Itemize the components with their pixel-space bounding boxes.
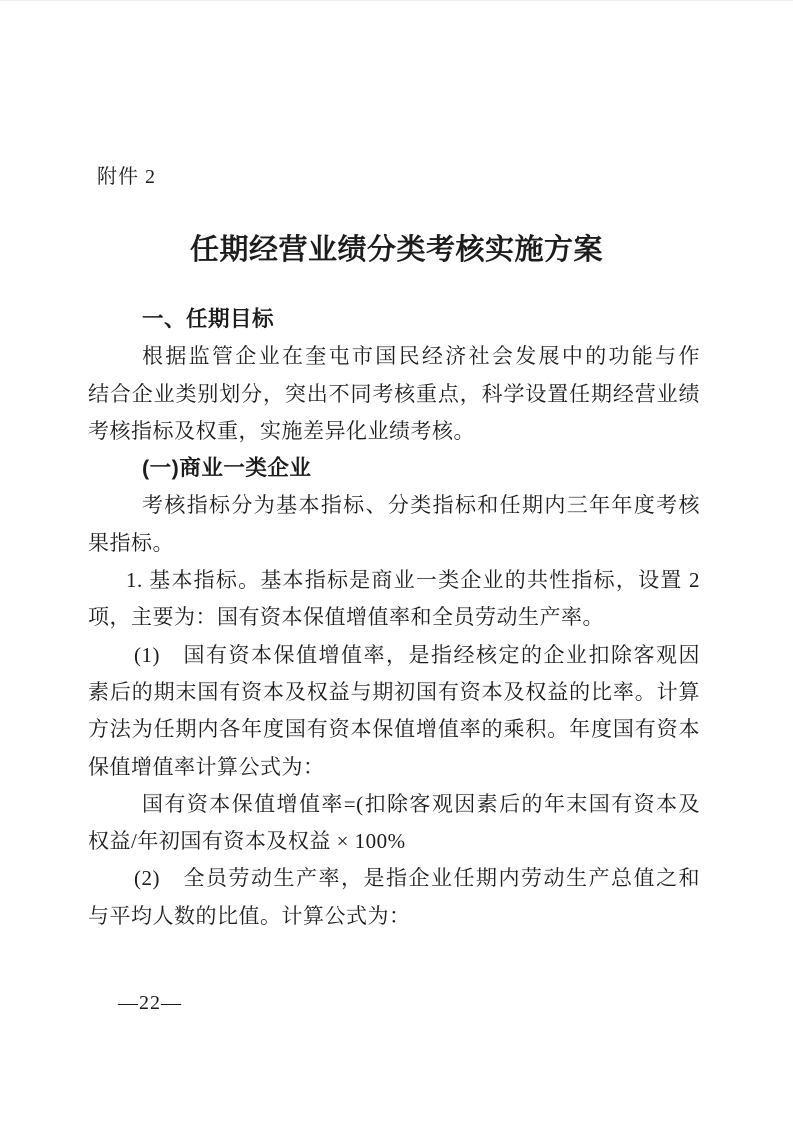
document-page: 附件 2 任期经营业绩分类考核实施方案 一、任期目标根据监管企业在奎屯市国民经济… [0, 0, 793, 1123]
text-line: (一)商业一类企业 [88, 450, 700, 487]
section-heading-term-goals: 一、任期目标 [88, 301, 700, 338]
text-line: 1. 基本指标。基本指标是商业一类企业的共性指标，设置 2 [88, 562, 700, 599]
text-line: 结合企业类别划分，突出不同考核重点，科学设置任期经营业绩 [88, 376, 700, 413]
page-number: —22— [118, 991, 182, 1015]
text-line: 权益/年初国有资本及权益 × 100% [88, 823, 700, 860]
paragraph-intro: 根据监管企业在奎屯市国民经济社会发展中的功能与作用，结合企业类别划分，突出不同考… [88, 338, 700, 450]
paragraph-formula-capital-preservation: 国有资本保值增值率=(扣除客观因素后的年末国有资本及权益/年初国有资本及权益 ×… [88, 786, 700, 861]
subsection-heading-commercial-class-one: (一)商业一类企业 [88, 450, 700, 487]
annex-label: 附件 2 [97, 165, 156, 189]
text-line: 与平均人数的比值。计算公式为： [88, 898, 700, 935]
document-body: 一、任期目标根据监管企业在奎屯市国民经济社会发展中的功能与作用，结合企业类别划分… [88, 301, 700, 935]
text-line: 保值增值率计算公式为： [88, 749, 700, 786]
text-line: (1) 国有资本保值增值率，是指经核定的企业扣除客观因 [88, 637, 700, 674]
text-line: 项，主要为：国有资本保值增值率和全员劳动生产率。 [88, 599, 700, 636]
paragraph-basic-indicators: 1. 基本指标。基本指标是商业一类企业的共性指标，设置 2项，主要为：国有资本保… [88, 562, 700, 637]
text-line: 一、任期目标 [88, 301, 700, 338]
text-line: 考核指标分为基本指标、分类指标和任期内三年年度考核结 [88, 487, 700, 524]
text-line: (2) 全员劳动生产率，是指企业任期内劳动生产总值之和 [88, 860, 700, 897]
document-title: 任期经营业绩分类考核实施方案 [0, 230, 793, 270]
text-line: 考核指标及权重，实施差异化业绩考核。 [88, 413, 700, 450]
text-line: 方法为任期内各年度国有资本保值增值率的乘积。年度国有资本 [88, 711, 700, 748]
paragraph-indicator-categories: 考核指标分为基本指标、分类指标和任期内三年年度考核结果指标。 [88, 487, 700, 562]
paragraph-labor-productivity: (2) 全员劳动生产率，是指企业任期内劳动生产总值之和与平均人数的比值。计算公式… [88, 860, 700, 935]
text-line: 根据监管企业在奎屯市国民经济社会发展中的功能与作用， [88, 338, 700, 375]
text-line: 果指标。 [88, 525, 700, 562]
text-line: 素后的期末国有资本及权益与期初国有资本及权益的比率。计算 [88, 674, 700, 711]
paragraph-capital-preservation-rate: (1) 国有资本保值增值率，是指经核定的企业扣除客观因素后的期末国有资本及权益与… [88, 637, 700, 786]
text-line: 国有资本保值增值率=(扣除客观因素后的年末国有资本及 [88, 786, 700, 823]
